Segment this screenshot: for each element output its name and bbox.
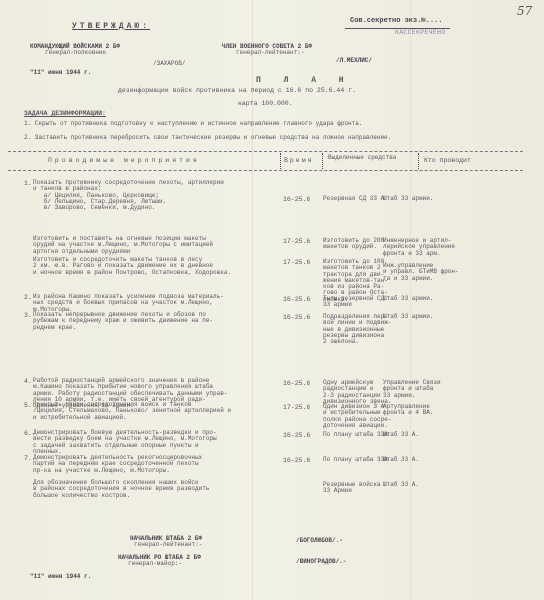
row-measure: Показать непрерывное движение пехоты и о… — [33, 312, 213, 331]
chief-of-staff-rank: генерал-лейтенант:- — [134, 542, 202, 548]
row-executor: Инж.управление и управл. БТиМВ фрон- та … — [383, 263, 459, 282]
row-measure: Показать противнику сосредоточение пехот… — [33, 180, 224, 211]
commander-name: /ЗАХАРОВ/ — [153, 61, 185, 67]
column-header-who: Кто проводит — [424, 157, 471, 164]
column-header-time: Время — [284, 157, 314, 164]
row-executor: Артуправление фронта и 4 ВА. — [383, 404, 433, 417]
row-number: 7. — [24, 455, 32, 462]
page-number: 57 — [517, 4, 532, 18]
row-executor: Штаб 33 армии. — [383, 196, 433, 202]
row-resources: По плану штаба 33А — [323, 432, 388, 438]
row-measure: Демонстрировать деятельность рекогносцир… — [33, 455, 202, 474]
column-divider — [418, 153, 419, 169]
approval-heading: УТВЕРЖДАЮ: — [72, 22, 150, 31]
row-executor: Штаб 33 А. — [383, 432, 419, 438]
row-time: 16-25.6 — [283, 457, 310, 464]
classification-label: Сов.секретно экз.№.... — [350, 17, 442, 25]
row-time: 17-25.6 — [283, 238, 310, 245]
row-time: 17-25.6 — [283, 404, 310, 411]
row-time: 16-25.6 — [283, 296, 310, 303]
row-resources: Подразделения пер- вой линии и подвиж- н… — [323, 314, 391, 345]
intel-chief-name: /ВИНОГРАДОВ/.- — [296, 559, 346, 565]
row-measure: Демонстрировать боевую деятельность-разв… — [33, 430, 217, 455]
column-header-resources: Выделенные средства — [328, 155, 398, 161]
row-resources: Изготовить до 200 макетов орудий. — [323, 238, 384, 251]
row-resources: По плану штаба 33А — [323, 457, 388, 463]
row-time: 16-25.6 — [283, 432, 310, 439]
row-number: 6. — [24, 430, 32, 437]
chief-of-staff-name: /БОГОЛЮБОВ/.- — [296, 538, 343, 544]
row-number: 4. — [24, 378, 32, 385]
row-number: 2. — [24, 294, 32, 301]
council-member-name: /Л.МЕХЛИС/ — [336, 58, 372, 64]
document-title: П Л А Н — [256, 76, 353, 85]
row-number: 5. — [24, 402, 32, 409]
row-resources: Один дивизион З А и истребительные полки… — [323, 404, 391, 429]
row-executor: Штаб 33 армии. — [383, 314, 433, 320]
table-top-rule — [8, 151, 523, 152]
row-time: 16-25.6 — [283, 380, 310, 387]
row-resources: Резервная СД 33 А — [323, 196, 384, 202]
row-executor: Инженерное и артил- лерийское управление… — [383, 238, 455, 257]
row-resources: Тылы резервной СД 33 армии — [323, 296, 384, 309]
signature-date: "11" июня 1944 г. — [30, 574, 91, 580]
row-resources: Одну армейскую радиостанцию и 2-3 радиос… — [323, 380, 391, 405]
column-divider — [322, 153, 323, 169]
commander-rank: генерал-полковник — [45, 50, 106, 56]
row-executor: Штаб 33 армии. — [383, 296, 433, 302]
row-measure: Прикрыть район сосредоточения войск и та… — [33, 402, 231, 421]
row-measure: Изготовить и поставить на огневые позици… — [33, 236, 213, 255]
row-measure: Изготовить и сосредоточить макеты танков… — [33, 257, 231, 276]
table-header-rule — [8, 170, 523, 171]
row-time: 16-25.6 — [283, 196, 310, 203]
council-member-rank: генерал-лейтенант:- — [236, 50, 304, 56]
row-time: 16-25.6 — [283, 314, 310, 321]
row-time: 17-25.6 — [283, 259, 310, 266]
column-divider — [280, 153, 281, 169]
row-number: 1. — [24, 180, 32, 187]
row-executor: Штаб 33 А. — [383, 482, 419, 488]
map-reference: карта 100.000. — [238, 100, 293, 107]
declassified-stamp: КАССЕКРЕЧЕНО — [395, 29, 445, 36]
column-header-measures: Проводимые мероприятия — [48, 157, 200, 164]
approval-date: "11" июня 1944 г. — [30, 70, 91, 76]
document-page: 57 УТВЕРЖДАЮ: КОМАНДУЮЩИЙ ВОЙСКАМИ 2 БФ … — [0, 0, 544, 600]
task-item: 1. Скрыть от противника подготовку к нас… — [24, 121, 434, 127]
tasks-heading: ЗАДАЧА ДЕЗИНФОРМАЦИИ: — [24, 110, 106, 117]
row-number: 3. — [24, 312, 32, 319]
row-executor: Управление Связи фронта и штаба 33 армии… — [383, 380, 441, 399]
task-item: 2. Заставить противника перебросить свои… — [24, 135, 434, 141]
row-executor: Штаб 33 А. — [383, 457, 419, 463]
row-resources: Резервные войска 33 Армии — [323, 482, 381, 495]
intel-chief-rank: генерал-майор:- — [128, 561, 182, 567]
row-measure: Для обозначения большого скопления наших… — [33, 480, 209, 499]
document-subtitle: дезинформации войск противника на период… — [118, 87, 356, 94]
